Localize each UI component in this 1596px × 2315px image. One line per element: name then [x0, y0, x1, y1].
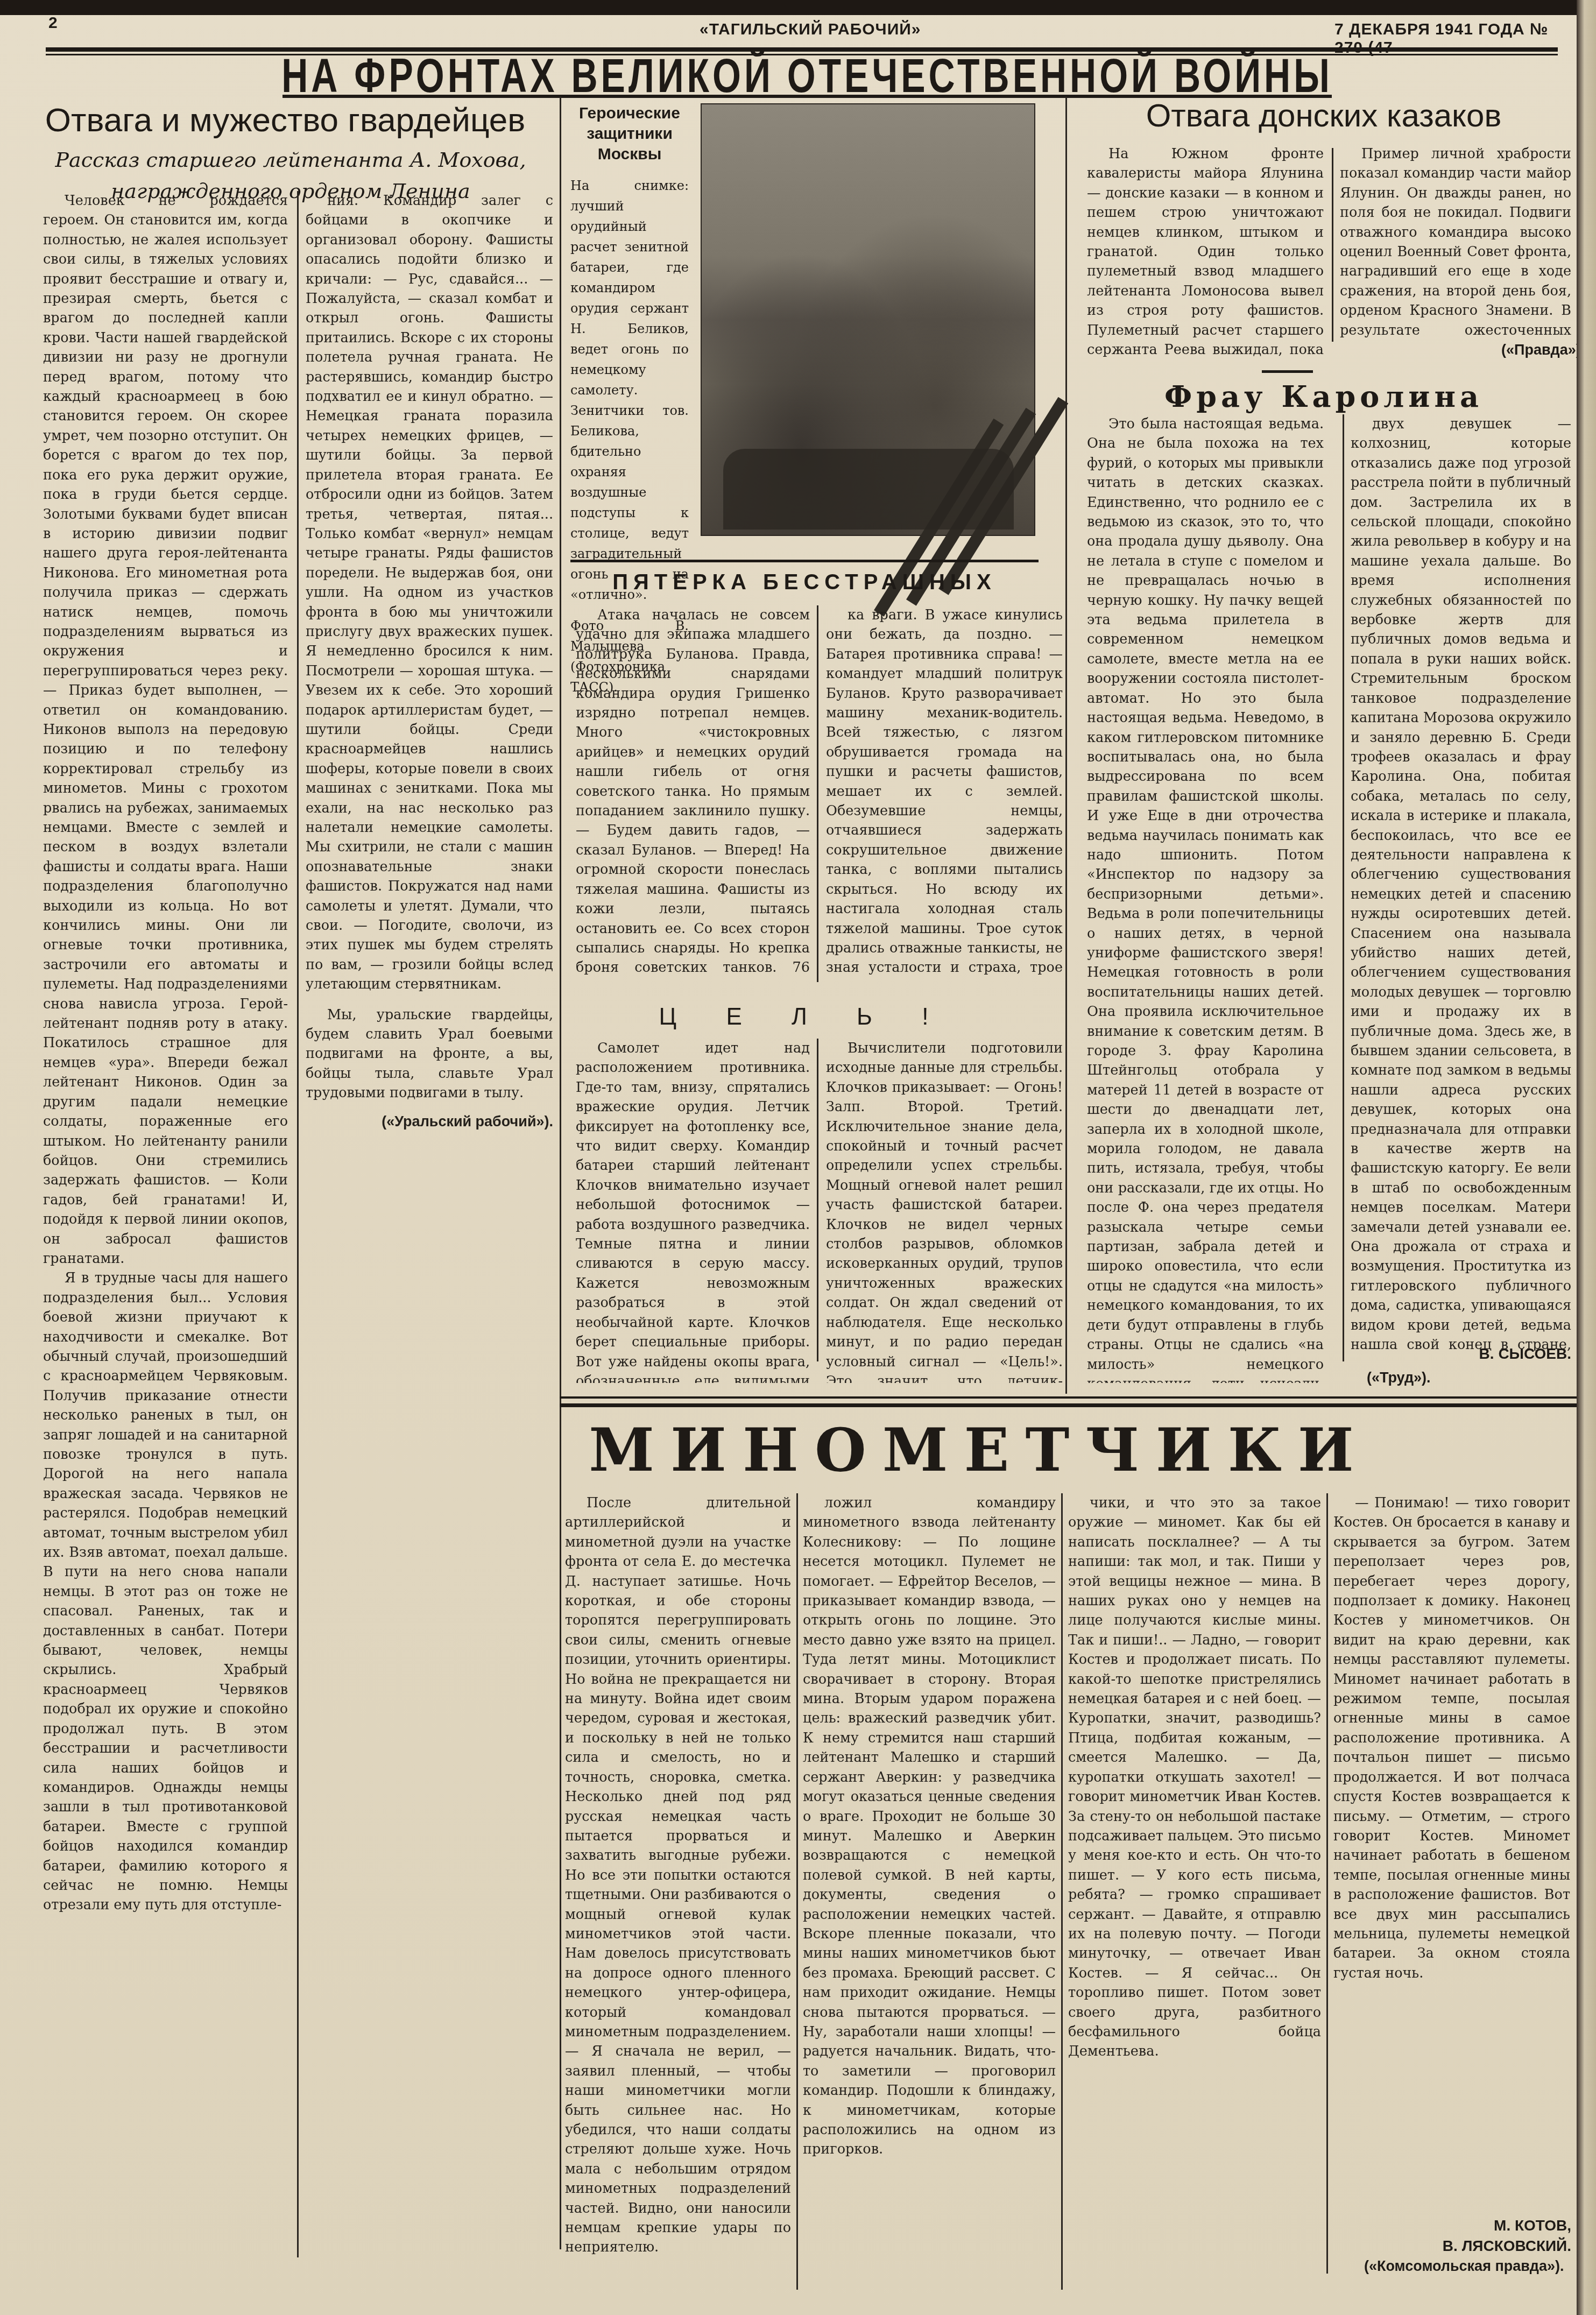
photo-caption-text: На снимке: лучший орудийный расчет зенит… — [570, 175, 689, 605]
targets-column-2: Вычислители подготовили исходные данные … — [826, 1039, 1063, 1383]
targets-col1-text: Самолет идет над расположением противник… — [576, 1039, 810, 1383]
guards-col2-text: ния. Командир залег с бойцами в окопчике… — [306, 191, 553, 994]
five-column-2: ка враги. В ужасе кинулись они бежать, д… — [826, 605, 1063, 982]
cossacks-column-2: Пример личной храбрости показал командир… — [1340, 144, 1571, 338]
column-divider — [560, 97, 561, 2249]
headline-guards: Отвага и мужество гвардейцев — [22, 101, 549, 139]
cossacks-col2-text: Пример личной храбрости показал командир… — [1340, 144, 1571, 338]
source-pravda: («Правда»). — [1501, 342, 1577, 358]
karolina-column-1: Это была настоящая ведьма. Она не была п… — [1087, 414, 1324, 1383]
gun-crew-silhouette — [723, 449, 1014, 530]
mortar-column-1: После длительной артиллерийской и миноме… — [565, 1493, 791, 2300]
section-rule — [560, 1396, 1577, 1399]
section-rule-thick — [560, 1403, 1577, 1407]
column-divider — [796, 1493, 798, 2290]
guards-column-1: Человек не рождается героем. Он становит… — [43, 191, 288, 2204]
subhead-guards-1: Рассказ старшего лейтенанта А. Мохова, — [22, 144, 560, 175]
guards-cont-col2-text: Мы, уральские гвардейцы, будем славить У… — [306, 1005, 553, 1103]
mortar-col1-text: После длительной артиллерийской и миноме… — [565, 1493, 791, 2257]
five-col2-text: ка враги. В ужасе кинулись они бежать, д… — [826, 605, 1063, 982]
targets-column-1: Самолет идет над расположением противник… — [576, 1039, 810, 1383]
photo-caption-title: Героические защитники Москвы — [570, 103, 689, 165]
five-column-1: Атака началась не совсем удачно для экип… — [576, 605, 810, 982]
mortar-col2-text: ложил командиру минометного взвода лейте… — [803, 1493, 1056, 2159]
headline-karolina: Фрау Каролина — [1076, 379, 1571, 414]
mortar-col3-text: чики, и что это за такое оружие — миноме… — [1068, 1493, 1321, 2062]
section-rule — [570, 560, 1039, 562]
guards-cont-col1-text: Я в трудные часы для нашего подразделени… — [43, 1268, 288, 1915]
karolina-column-2: двух девушек — колхозниц, которые отказа… — [1351, 414, 1571, 1351]
guards-column-2: ния. Командир залег с бойцами в окопчике… — [306, 191, 553, 2236]
source-trud: («Труд»). — [1367, 1370, 1431, 1386]
byline-kotov: М. КОТОВ, — [1399, 2217, 1571, 2234]
karolina-col1-text: Это была настоящая ведьма. Она не была п… — [1087, 414, 1324, 1383]
cossacks-col1-text: На Южном фронте кавалеристы майора Ялуни… — [1087, 144, 1324, 359]
headline-cossacks: Отвага донских казаков — [1076, 97, 1571, 134]
column-divider — [297, 191, 299, 2257]
headline-five: ПЯТЕРКА БЕССТРАШНЫХ — [570, 570, 1039, 595]
section-rule — [1262, 370, 1313, 373]
page-number: 2 — [48, 14, 58, 32]
mortar-column-2: ложил командиру минометного взвода лейте… — [803, 1493, 1056, 2300]
mortar-column-3: чики, и что это за такое оружие — миноме… — [1068, 1493, 1321, 2300]
mortar-column-4: — Понимаю! — тихо говорит Костев. Он бро… — [1333, 1493, 1570, 2214]
newspaper-page: 2 «ТАГИЛЬСКИЙ РАБОЧИЙ» 7 ДЕКАБРЯ 1941 ГО… — [0, 0, 1577, 2315]
byline-sysoev: В. СЫСОЕВ. — [1453, 1345, 1571, 1363]
column-divider — [817, 605, 818, 982]
column-divider — [1343, 414, 1344, 1361]
paper-name: «ТАГИЛЬСКИЙ РАБОЧИЙ» — [700, 20, 921, 39]
source-uralsky: («Уральский рабочий»). — [306, 1112, 553, 1131]
column-divider — [817, 1039, 818, 1361]
headline-mortarmen: МИНОМЕТЧИКИ — [560, 1415, 1399, 1485]
scan-top-edge — [0, 0, 1577, 15]
guards-col1-text: Человек не рождается героем. Он становит… — [43, 191, 288, 1268]
mortar-col4-text: — Понимаю! — тихо говорит Костев. Он бро… — [1333, 1493, 1570, 1983]
byline-lyaskovsky: В. ЛЯСКОВСКИЙ. — [1399, 2238, 1571, 2255]
adjacent-page-edge — [1577, 0, 1596, 2315]
column-divider — [1326, 1493, 1328, 2274]
column-divider — [1061, 1493, 1063, 2290]
karolina-col2-text: двух девушек — колхозниц, которые отказа… — [1351, 414, 1571, 1351]
headline-targets: Ц Е Л Ь ! — [570, 1004, 1039, 1031]
column-divider — [1332, 148, 1333, 342]
column-divider — [1065, 97, 1067, 1394]
source-komsomolka: («Комсомольская правда»). — [1364, 2258, 1564, 2275]
cossacks-column-1: На Южном фронте кавалеристы майора Ялуни… — [1087, 144, 1324, 359]
anti-aircraft-gun-photo — [701, 103, 1035, 536]
five-col1-text: Атака началась не совсем удачно для экип… — [576, 605, 810, 982]
targets-col2-text: Вычислители подготовили исходные данные … — [826, 1039, 1063, 1383]
